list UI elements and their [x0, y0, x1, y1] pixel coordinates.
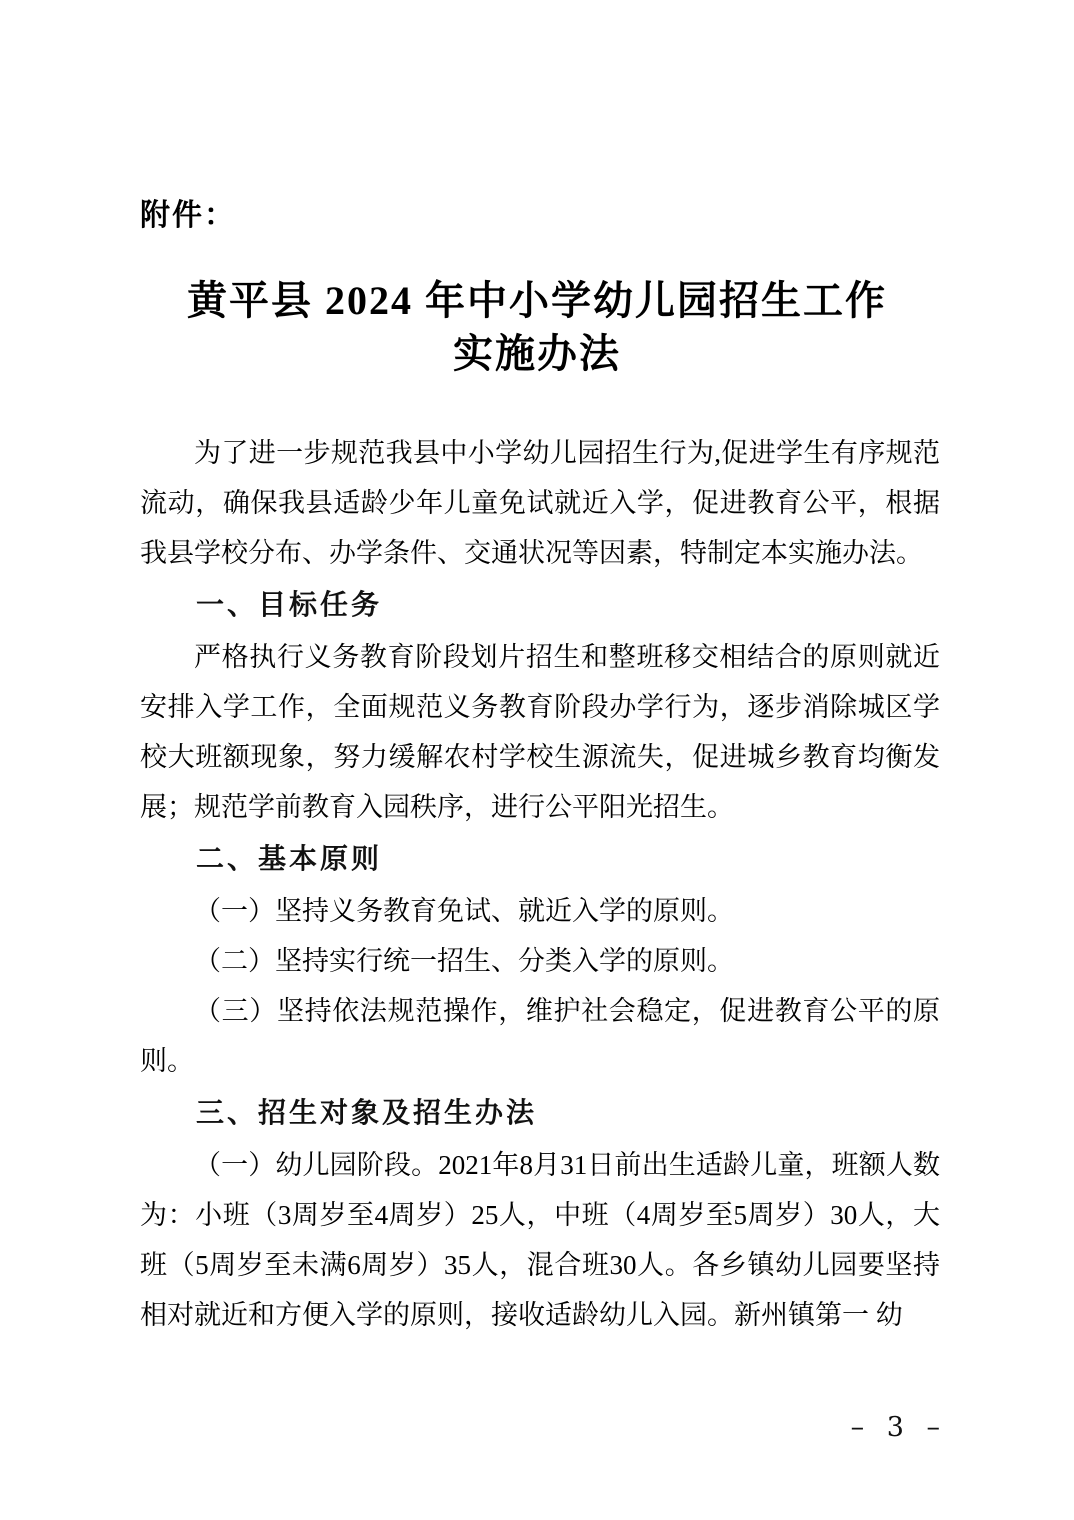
section3-heading: 三、招生对象及招生办法: [140, 1088, 940, 1138]
doc-title-line2: 实施办法: [0, 327, 1074, 380]
section1-heading: 一、目标任务: [140, 580, 940, 630]
section1-paragraph: 严格执行义务教育阶段划片招生和整班移交相结合的原则就近安排入学工作，全面规范义务…: [140, 632, 940, 832]
doc-title-line1: 黄平县 2024 年中小学幼儿园招生工作: [0, 274, 1074, 327]
principle-item-1: （一）坚持义务教育免试、就近入学的原则。: [140, 886, 940, 936]
principle-item-3: （三）坚持依法规范操作，维护社会稳定，促进教育公平的原则。: [140, 986, 940, 1086]
attachment-label: 附件：: [140, 190, 236, 234]
doc-title: 黄平县 2024 年中小学幼儿园招生工作 实施办法: [0, 274, 1074, 380]
section3-paragraph: （一）幼儿园阶段。2021年8月31日前出生适龄儿童，班额人数为：小班（3周岁至…: [140, 1140, 940, 1340]
document-page: 附件： 黄平县 2024 年中小学幼儿园招生工作 实施办法 为了进一步规范我县中…: [0, 0, 1074, 1520]
principle-item-2: （二）坚持实行统一招生、分类入学的原则。: [140, 936, 940, 986]
intro-paragraph: 为了进一步规范我县中小学幼儿园招生行为,促进学生有序规范流动，确保我县适龄少年儿…: [140, 428, 940, 578]
section2-heading: 二、基本原则: [140, 834, 940, 884]
page-number: – 3 –: [851, 1412, 940, 1443]
doc-body: 为了进一步规范我县中小学幼儿园招生行为,促进学生有序规范流动，确保我县适龄少年儿…: [140, 428, 940, 1340]
